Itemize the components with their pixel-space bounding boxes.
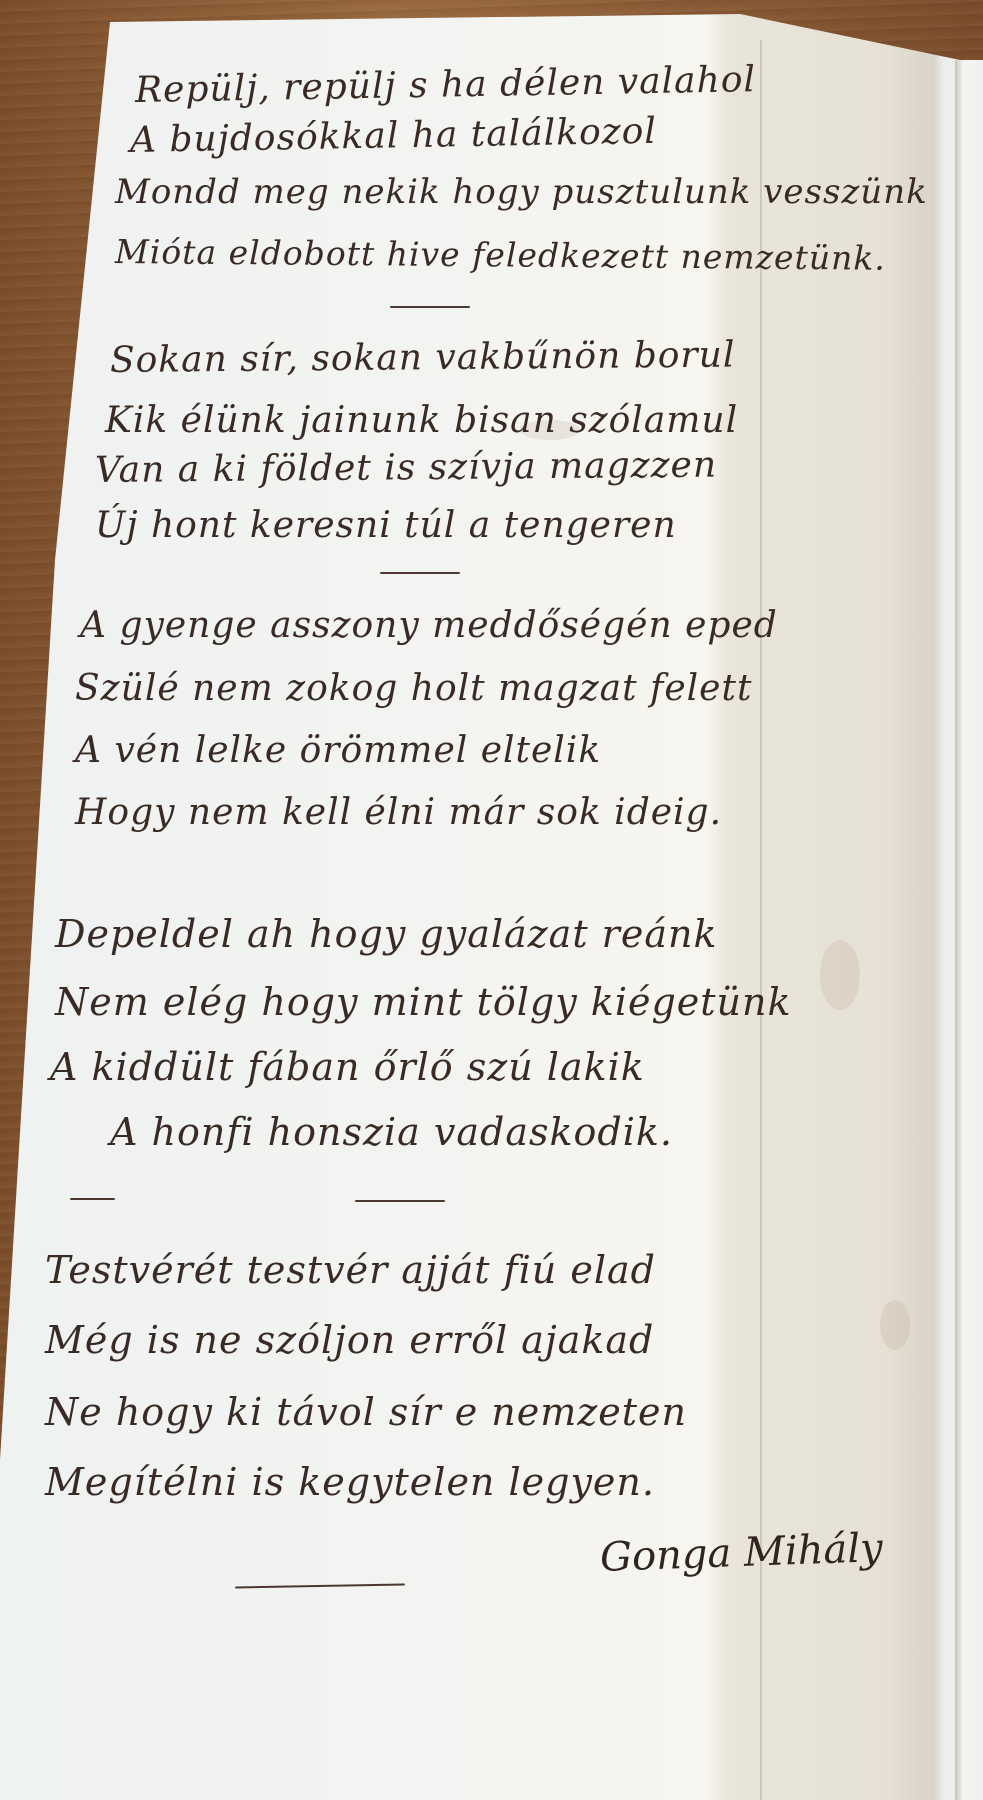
poem-line: Repülj, repülj s ha délen valahol	[135, 59, 757, 111]
poem-line: Szülé nem zokog holt magzat felett	[75, 668, 752, 709]
poem-line: A vén lelke örömmel eltelik	[75, 730, 601, 771]
poem-line: Van a ki földet is szívja magzzen	[95, 445, 717, 491]
poem-line: A bujdosókkal ha találkozol	[130, 111, 658, 161]
poem-line: Sokan sír, sokan vakbűnön borul	[110, 335, 736, 381]
signature: Gonga Mihály	[599, 1525, 883, 1581]
poem-line: Még is ne szóljon erről ajakad	[45, 1318, 654, 1362]
poem-line: Megítélni is kegytelen legyen.	[45, 1460, 655, 1504]
poem-line: Testvérét testvér ajját fiú elad	[45, 1248, 656, 1292]
poem-line: Új hont keresni túl a tengeren	[95, 505, 677, 546]
poem-text: Repülj, repülj s ha délen valahol A bujd…	[0, 0, 983, 1800]
poem-line: Ne hogy ki távol sír e nemzeten	[45, 1390, 687, 1434]
stanza-divider	[390, 306, 470, 308]
closing-flourish	[235, 1584, 405, 1589]
poem-line: Kik élünk jainunk bisan szólamul	[105, 400, 738, 441]
poem-line: Hogy nem kell élni már sok ideig.	[75, 792, 722, 833]
poem-line: Mondd meg nekik hogy pusztulunk vesszünk	[115, 172, 928, 212]
stanza-divider	[380, 572, 460, 574]
stanza-divider	[355, 1200, 445, 1202]
poem-line: Mióta eldobott hive feledkezett nemzetün…	[115, 232, 886, 278]
poem-line: A kiddült fában őrlő szú lakik	[50, 1045, 645, 1089]
manuscript-photo: Repülj, repülj s ha délen valahol A bujd…	[0, 0, 983, 1800]
poem-line: Depeldel ah hogy gyalázat reánk	[55, 912, 718, 956]
stanza-divider	[70, 1198, 115, 1200]
poem-line: A honfi honszia vadaskodik.	[110, 1110, 673, 1154]
poem-line: A gyenge asszony meddőségén eped	[80, 605, 778, 646]
poem-line: Nem elég hogy mint tölgy kiégetünk	[55, 980, 792, 1024]
